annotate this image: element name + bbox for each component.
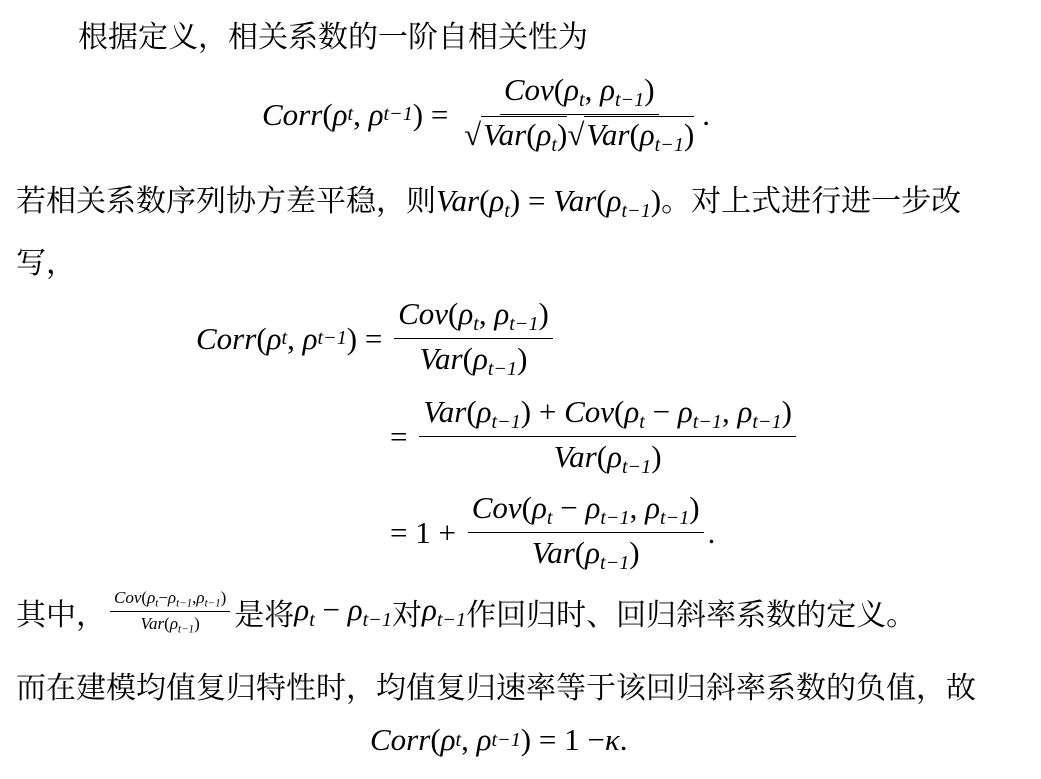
equation-2-line-3: = 1 + Cov(ρt − ρt−1, ρt−1)Var(ρt−1). xyxy=(390,490,715,575)
paragraph-4: 其中， Cov(ρt−ρt−1,ρt−1)Var(ρt−1) 是将ρt − ρt… xyxy=(16,588,916,636)
paragraph-5: 而在建模均值复归特性时，均值复归速率等于该回归斜率系数的负值，故 xyxy=(16,663,976,707)
equation-3: Corr(ρt, ρt−1) = 1 − κ. xyxy=(370,722,627,758)
equation-2-line-2: = Var(ρt−1) + Cov(ρt − ρt−1, ρt−1)Var(ρt… xyxy=(390,394,800,479)
equation-2-line-1: Corr(ρt, ρt−1) = Cov(ρt, ρt−1)Var(ρt−1) xyxy=(196,296,557,381)
paragraph-2: 若相关系数序列协方差平稳，则Var(ρt) = Var(ρt−1)。对上式进行进… xyxy=(16,176,961,223)
paragraph-3: 写， xyxy=(16,238,76,282)
paragraph-1: 根据定义，相关系数的一阶自相关性为 xyxy=(78,12,588,56)
equation-1: Corr(ρt, ρt−1) = Cov(ρt, ρt−1) √Var(ρt)√… xyxy=(262,72,710,157)
